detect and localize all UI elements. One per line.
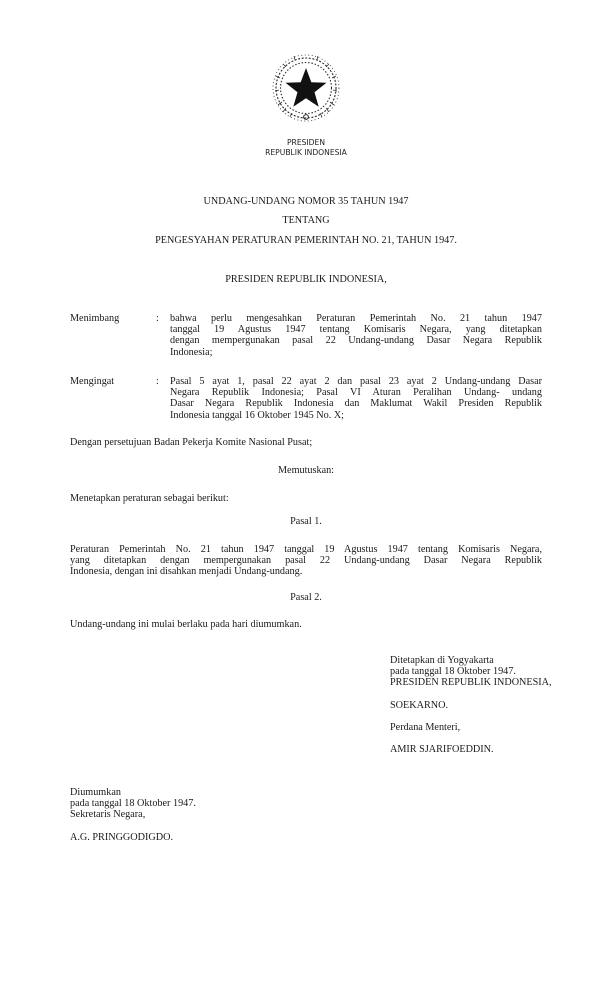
article-2-body: Undang-undang ini mulai berlaku pada har… (70, 619, 302, 630)
text-line: yang ditetapkan dengan mempergunakan pas… (70, 555, 542, 566)
enactment-text: Menetapkan peraturan sebagai berikut: (70, 493, 229, 504)
text-line: Indonesia, dengan ini disahkan menjadi U… (70, 566, 542, 577)
promulgation-block: Diumumkan pada tanggal 18 Oktober 1947. … (70, 787, 196, 843)
text-line: Indonesia tanggal 16 Oktober 1945 No. X; (170, 410, 542, 421)
promulgation-office: Sekretaris Negara, (70, 809, 196, 820)
presidential-emblem-icon (270, 52, 342, 124)
article-1-body: Peraturan Pemerintah No. 21 tahun 1947 t… (70, 544, 542, 578)
consideration-text: Pasal 5 ayat 1, pasal 22 ayat 2 dan pasa… (170, 376, 542, 421)
emblem-caption-republik: REPUBLIK INDONESIA (0, 148, 612, 158)
signature-block: Ditetapkan di Yogyakarta pada tanggal 18… (390, 655, 552, 755)
text-line: Dasar Negara Republik Indonesia dan Makl… (170, 398, 542, 409)
law-title: UNDANG-UNDANG NOMOR 35 TAHUN 1947 (0, 196, 612, 207)
promulgation-label: Diumumkan (70, 787, 196, 798)
text-line: bahwa perlu mengesahkan Peraturan Pemeri… (170, 313, 542, 324)
text-line: dengan mempergunakan pasal 22 Undang-und… (170, 335, 542, 346)
promulgation-signer: A.G. PRINGGODIGDO. (70, 832, 196, 843)
signature-signer: SOEKARNO. (390, 700, 552, 711)
co-signature-signer: AMIR SJARIFOEDDIN. (390, 744, 552, 755)
law-title-tentang: TENTANG (0, 215, 612, 226)
law-subject: PENGESYAHAN PERATURAN PEMERINTAH NO. 21,… (0, 235, 612, 246)
consideration-text: bahwa perlu mengesahkan Peraturan Pemeri… (170, 313, 542, 358)
preamble-heading: PRESIDEN REPUBLIK INDONESIA, (0, 274, 612, 285)
article-2-title: Pasal 2. (0, 592, 612, 603)
article-1-title: Pasal 1. (0, 516, 612, 527)
text-line: Pasal 5 ayat 1, pasal 22 ayat 2 dan pasa… (170, 376, 542, 387)
signature-date: pada tanggal 18 Oktober 1947. (390, 666, 552, 677)
consideration-label: Menimbang (70, 313, 119, 324)
decision-heading: Memutuskan: (0, 465, 612, 476)
approval-text: Dengan persetujuan Badan Pekerja Komite … (70, 437, 312, 448)
promulgation-date: pada tanggal 18 Oktober 1947. (70, 798, 196, 809)
co-signature-office: Perdana Menteri, (390, 722, 552, 733)
text-line: Indonesia; (170, 347, 542, 358)
signature-place: Ditetapkan di Yogyakarta (390, 655, 552, 666)
emblem-caption-presiden: PRESIDEN (0, 138, 612, 148)
consideration-label: Mengingat (70, 376, 114, 387)
signature-office: PRESIDEN REPUBLIK INDONESIA, (390, 677, 552, 688)
text-line: tanggal 19 Agustus 1947 tentang Komisari… (170, 324, 542, 335)
text-line: Negara Republik Indonesia; Pasal VI Atur… (170, 387, 542, 398)
consideration-colon: : (156, 313, 159, 324)
text-line: Peraturan Pemerintah No. 21 tahun 1947 t… (70, 544, 542, 555)
consideration-colon: : (156, 376, 159, 387)
